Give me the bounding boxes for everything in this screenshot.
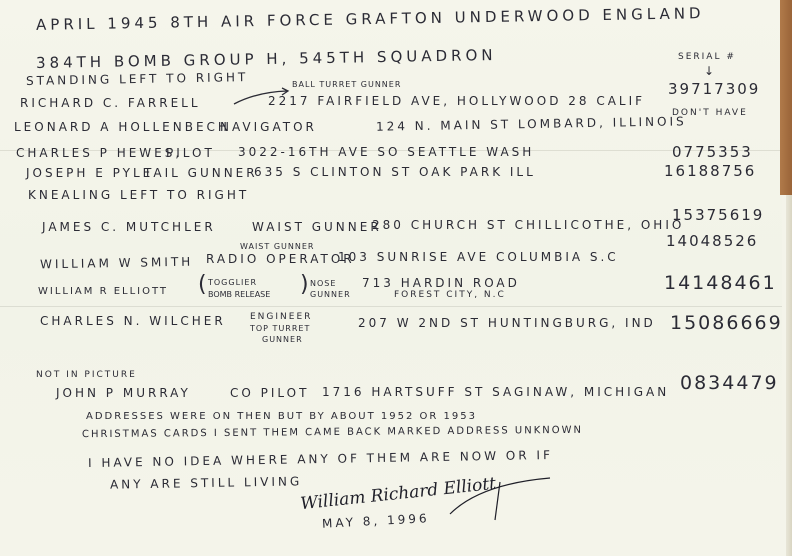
crew-role: NAVIGATOR [220, 120, 317, 134]
crew-name: CHARLES P HEWES, [16, 146, 182, 160]
section-standing: STANDING LEFT TO RIGHT [26, 70, 249, 88]
crew-address: 1716 HARTSUFF ST SAGINAW, MICHIGAN [322, 385, 669, 399]
fold-line [0, 306, 782, 307]
crew-role: CO PILOT [230, 386, 309, 400]
crew-address: 280 CHURCH ST CHILLICOTHE, OHIO [372, 218, 684, 232]
crew-address: 124 N. MAIN ST LOMBARD, ILLINOIS [376, 114, 687, 133]
crew-serial: 14048526 [666, 232, 758, 250]
note-line-3: I HAVE NO IDEA WHERE ANY OF THEM ARE NOW… [88, 448, 553, 470]
crew-role-1: ENGINEER [250, 312, 312, 322]
bracket-open: ( [198, 272, 207, 297]
crew-serial: 0834479 [680, 372, 779, 394]
crew-name: RICHARD C. FARRELL [20, 96, 201, 110]
document-page: APRIL 1945 8TH AIR FORCE GRAFTON UNDERWO… [0, 0, 782, 556]
down-arrow-icon: ↓ [704, 64, 717, 78]
section-not-in-picture: NOT IN PICTURE [36, 370, 137, 380]
paper-edge [786, 195, 792, 556]
signature-flourish [440, 474, 560, 524]
note-line-1: ADDRESSES WERE ON THEN BUT BY ABOUT 1952… [86, 411, 477, 422]
crew-address: 207 W 2ND ST HUNTINGBURG, IND [358, 316, 656, 330]
crew-name: WILLIAM W SMITH [40, 255, 193, 272]
note-line-4: ANY ARE STILL LIVING [110, 474, 302, 491]
crew-role-2: GUNNER [310, 290, 351, 299]
crew-serial: 15086669 [670, 312, 783, 334]
crew-address: 3022-16TH AVE SO SEATTLE WASH [238, 145, 534, 159]
background-edge [780, 0, 792, 195]
crew-role: BALL TURRET GUNNER [292, 80, 401, 89]
crew-address-1: 713 HARDIN ROAD [362, 276, 520, 290]
crew-role-paren-2: BOMB RELEASE [208, 290, 270, 299]
crew-name: CHARLES N. WILCHER [40, 314, 226, 328]
serial-column-label: SERIAL # [678, 52, 736, 62]
crew-name: JOHN P MURRAY [56, 386, 191, 400]
crew-address: 2217 FAIRFIELD AVE, HOLLYWOOD 28 CALIF [268, 94, 645, 108]
crew-role-1: NOSE [310, 279, 336, 288]
bracket-close: ) [300, 272, 309, 297]
section-kneeling: KNEALING LEFT TO RIGHT [28, 188, 249, 202]
crew-serial: 16188756 [664, 162, 756, 180]
crew-address: 635 S CLINTON ST OAK PARK ILL [254, 165, 536, 179]
date: MAY 8, 1996 [322, 511, 430, 531]
crew-address-2: FOREST CITY, N.C [394, 290, 506, 300]
crew-role-2: TOP TURRET [250, 324, 310, 333]
crew-role: WAIST GUNNER [252, 220, 382, 234]
crew-role-3: GUNNER [262, 335, 303, 344]
crew-serial: 0775353 [672, 143, 753, 161]
crew-role: PILOT [166, 146, 215, 160]
crew-address: 103 SUNRISE AVE COLUMBIA S.C [338, 250, 619, 264]
header-line-1: APRIL 1945 8TH AIR FORCE GRAFTON UNDERWO… [36, 4, 705, 34]
crew-serial: 14148461 [664, 272, 777, 294]
crew-name: LEONARD A HOLLENBECH [14, 120, 230, 134]
note-line-2: CHRISTMAS CARDS I SENT THEM CAME BACK MA… [82, 425, 583, 440]
crew-serial: 15375619 [672, 206, 764, 224]
header-line-2: 384TH BOMB GROUP H, 545TH SQUADRON [36, 46, 497, 72]
crew-role-paren-1: TOGGLIER [208, 278, 257, 287]
crew-serial: DON'T HAVE [672, 108, 748, 118]
crew-name: JOSEPH E PYLE [26, 166, 153, 180]
crew-role: RADIO OPERATOR [206, 252, 355, 266]
crew-serial: 39717309 [668, 80, 760, 98]
crew-name: JAMES C. MUTCHLER [42, 220, 216, 234]
crew-name: WILLIAM R ELLIOTT [38, 286, 168, 297]
crew-role: TAIL GUNNER [144, 166, 258, 180]
crew-role-note: WAIST GUNNER [240, 242, 314, 251]
